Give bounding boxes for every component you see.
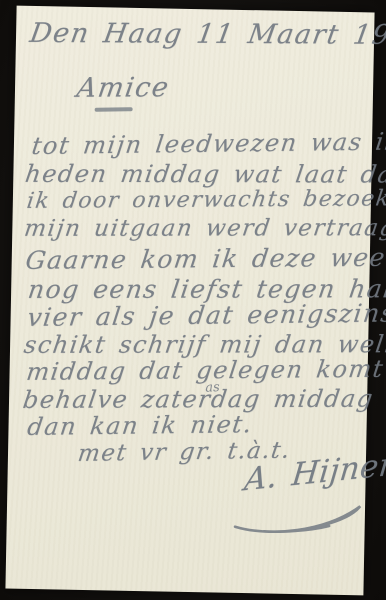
body-line: vier als je dat eenigszins — [26, 298, 386, 332]
dateline: Den Haag 11 Maart 1913 — [28, 18, 386, 51]
body-line: Gaarne kom ik deze week — [24, 243, 386, 275]
salutation-underline — [95, 107, 133, 112]
body-line: ik door onverwachts bezoek in — [25, 186, 386, 214]
body-line: heden middag wat laat daar — [23, 160, 386, 189]
signature-flourish — [228, 499, 380, 541]
body-line: mijn uitgaan werd vertraagd — [23, 215, 386, 242]
body-line: behalve zaterdag middag — [21, 385, 376, 414]
body-line: tot mijn leedwezen was ik — [30, 127, 386, 160]
letter-card: Den Haag 11 Maart 1913 Amice tot mijn le… — [5, 6, 374, 596]
interline-insertion: as — [205, 380, 220, 396]
body-line: dan kan ik niet. — [26, 410, 255, 441]
salutation: Amice — [75, 72, 172, 104]
scan-background: Den Haag 11 Maart 1913 Amice tot mijn le… — [0, 0, 386, 600]
